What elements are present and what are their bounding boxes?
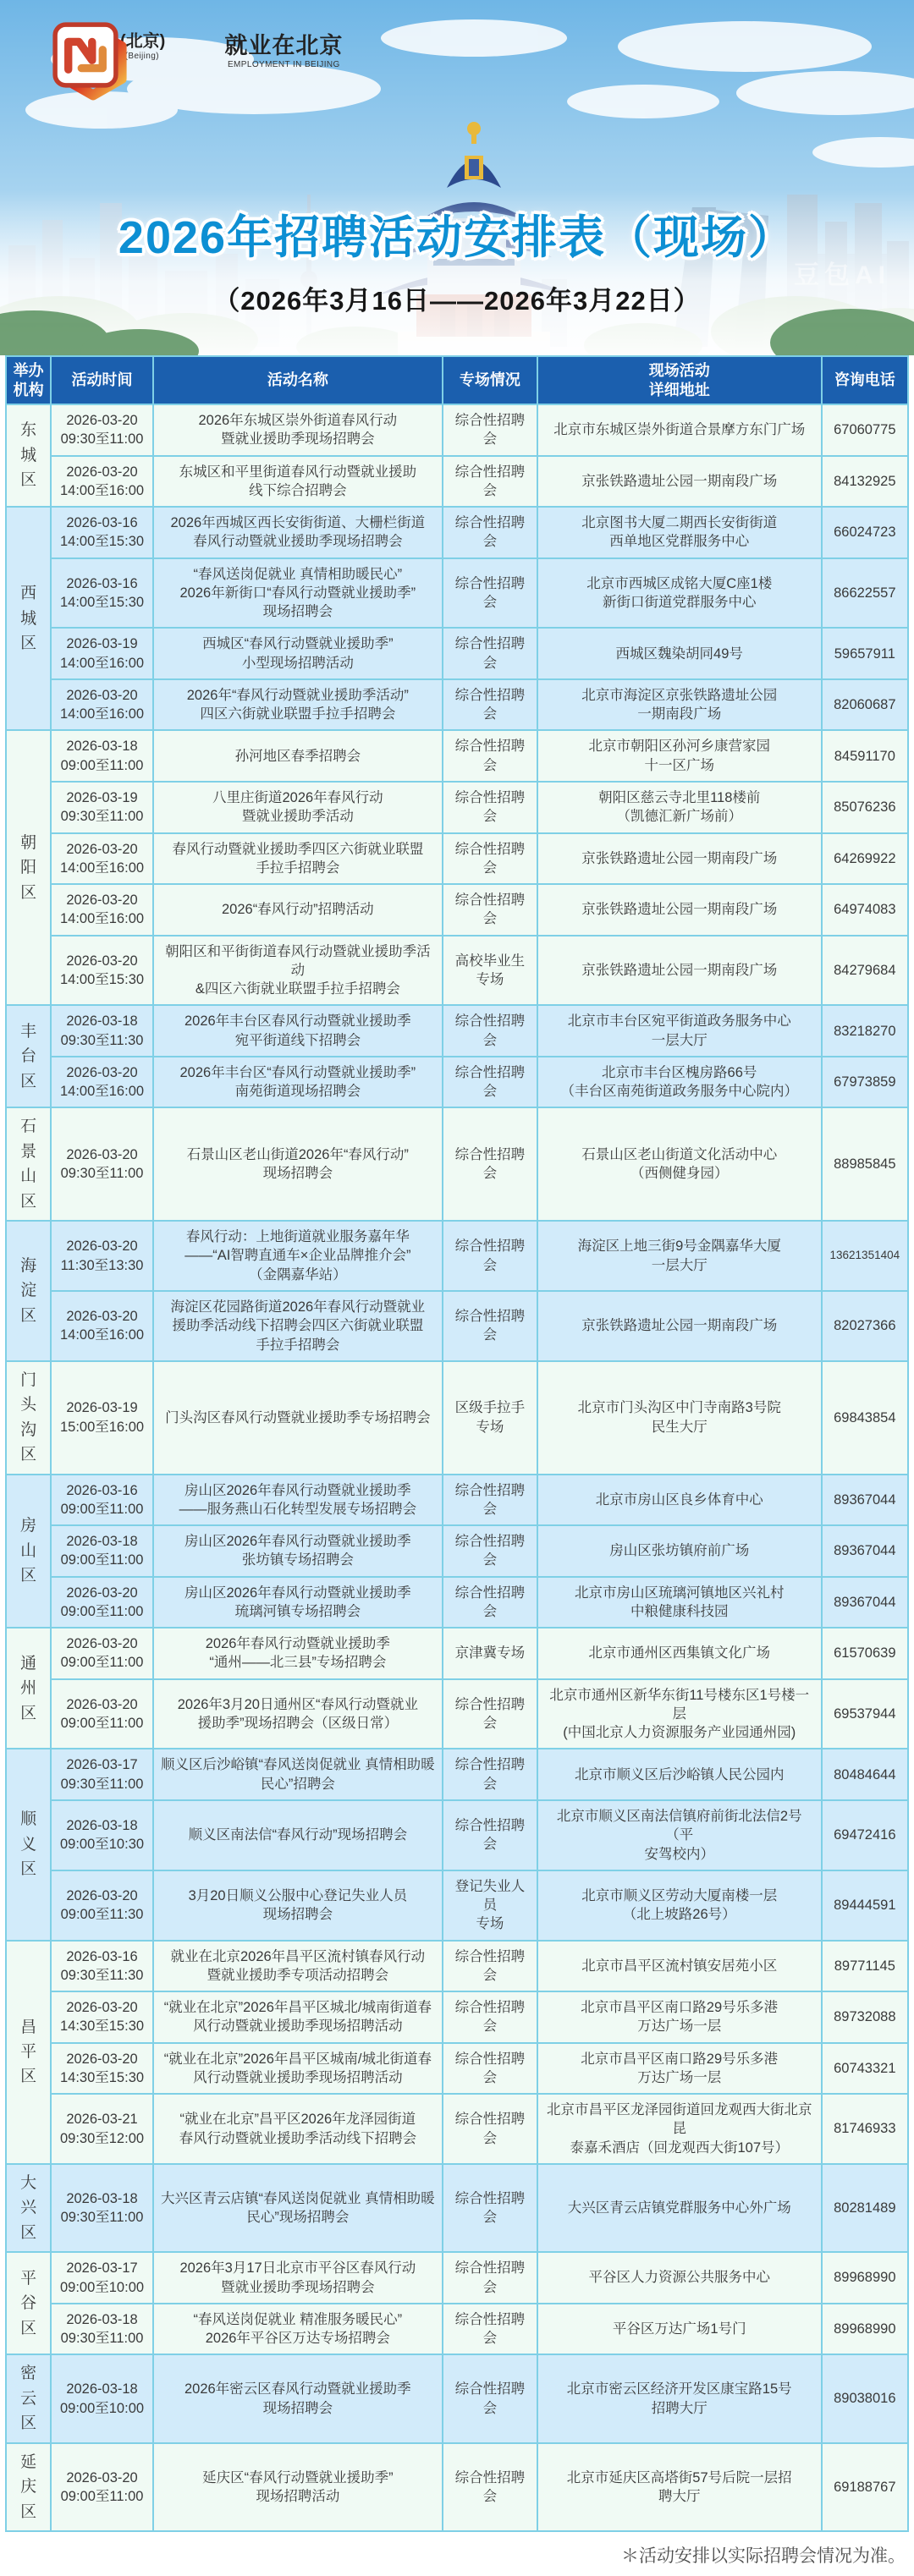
org-cell: 平谷区 <box>6 2252 51 2354</box>
cell-session-type: 综合性招聘会 <box>443 2354 537 2442</box>
table-row: 2026-03-20 14:30至15:30“就业在北京”2026年昌平区城北/… <box>6 1991 908 2043</box>
cell-session-type: 综合性招聘会 <box>443 884 537 936</box>
cell-activity-name: 2026年3月20日通州区“春风行动暨就业 援助季”现场招聘会（区级日常） <box>153 1679 443 1749</box>
cell-session-type: 综合性招聘会 <box>443 833 537 885</box>
cell-session-type: 综合性招聘会 <box>443 456 537 508</box>
table-row: 2026-03-19 09:30至11:00八里庄街道2026年春风行动 暨就业… <box>6 782 908 833</box>
cell-activity-name: 房山区2026年春风行动暨就业援助季 张坊镇专场招聘会 <box>153 1525 443 1577</box>
cell-activity-name: 房山区2026年春风行动暨就业援助季 ——服务燕山石化转型发展专场招聘会 <box>153 1475 443 1526</box>
org-label: 昌平区 <box>19 2015 38 2090</box>
table-header-row: 举办 机构活动时间活动名称专场情况现场活动 详细地址咨询电话 <box>6 356 908 404</box>
cell-phone: 88985845 <box>822 1107 908 1221</box>
cell-phone: 69472416 <box>822 1800 908 1870</box>
org-cell: 东城区 <box>6 404 51 507</box>
org-cell: 密云区 <box>6 2354 51 2442</box>
cell-phone: 61570639 <box>822 1628 908 1679</box>
cell-time: 2026-03-18 09:00至10:30 <box>51 1800 152 1870</box>
cell-phone: 13621351404 <box>822 1221 908 1291</box>
cell-address: 平谷区人力资源公共服务中心 <box>537 2252 822 2304</box>
org-cell: 海淀区 <box>6 1221 51 1361</box>
cell-address: 北京市门头沟区中门寺南路3号院 民生大厅 <box>537 1361 822 1475</box>
cell-time: 2026-03-20 14:00至16:00 <box>51 456 152 508</box>
cell-session-type: 综合性招聘会 <box>443 2164 537 2252</box>
org-label: 平谷区 <box>19 2266 38 2341</box>
cell-session-type: 京津冀专场 <box>443 1628 537 1679</box>
table-row: 海淀区2026-03-20 11:30至13:30春风行动：上地街道就业服务嘉年… <box>6 1221 908 1291</box>
cell-session-type: 综合性招聘会 <box>443 1800 537 1870</box>
cell-address: 房山区张坊镇府前广场 <box>537 1525 822 1577</box>
cell-time: 2026-03-20 14:00至16:00 <box>51 833 152 885</box>
cell-session-type: 综合性招聘会 <box>443 1057 537 1108</box>
org-label: 延庆区 <box>19 2450 38 2524</box>
table-row: 通州区2026-03-20 09:00至11:002026年春风行动暨就业援助季… <box>6 1628 908 1679</box>
cell-session-type: 综合性招聘会 <box>443 1291 537 1361</box>
org-cell: 通州区 <box>6 1628 51 1749</box>
cell-activity-name: “春风送岗促就业 真情相助暖民心” 2026年新街口“春风行动暨就业援助季” 现… <box>153 558 443 629</box>
cell-activity-name: 房山区2026年春风行动暨就业援助季 琉璃河镇专场招聘会 <box>153 1577 443 1629</box>
org-label: 石景山区 <box>19 1114 38 1214</box>
table-row: 2026-03-16 14:00至15:30“春风送岗促就业 真情相助暖民心” … <box>6 558 908 629</box>
org-cell: 朝阳区 <box>6 730 51 1005</box>
cell-time: 2026-03-20 09:00至11:00 <box>51 1679 152 1749</box>
cell-activity-name: 2026年丰台区春风行动暨就业援助季 宛平街道线下招聘会 <box>153 1005 443 1057</box>
table-row: 2026-03-20 14:00至16:002026年“春风行动暨就业援助季活动… <box>6 679 908 731</box>
schedule-table-wrap: 举办 机构活动时间活动名称专场情况现场活动 详细地址咨询电话 东城区2026-0… <box>0 355 914 2532</box>
cell-time: 2026-03-20 14:00至15:30 <box>51 936 152 1006</box>
cell-address: 朝阳区慈云寺北里118楼前 （凯德汇新广场前） <box>537 782 822 833</box>
cell-time: 2026-03-16 14:00至15:30 <box>51 507 152 558</box>
cell-phone: 67060775 <box>822 404 908 456</box>
table-row: 2026-03-20 14:00至15:30朝阳区和平街街道春风行动暨就业援助季… <box>6 936 908 1006</box>
cell-phone: 69188767 <box>822 2443 908 2531</box>
cell-activity-name: 西城区“春风行动暨就业援助季” 小型现场招聘活动 <box>153 628 443 679</box>
org-cell: 延庆区 <box>6 2443 51 2531</box>
table-row: 昌平区2026-03-16 09:30至11:30就业在北京2026年昌平区流村… <box>6 1941 908 1992</box>
org-cell: 昌平区 <box>6 1941 51 2164</box>
cell-session-type: 区级手拉手 专场 <box>443 1361 537 1475</box>
cell-activity-name: “就业在北京”2026年昌平区城北/城南街道春 风行动暨就业援助季现场招聘活动 <box>153 1991 443 2043</box>
cell-activity-name: 石景山区老山街道2026年“春风行动” 现场招聘会 <box>153 1107 443 1221</box>
cell-activity-name: 2026年西城区西长安街街道、大栅栏街道 春风行动暨就业援助季现场招聘会 <box>153 507 443 558</box>
cell-phone: 60743321 <box>822 2043 908 2095</box>
cell-time: 2026-03-20 14:00至16:00 <box>51 679 152 731</box>
column-header: 现场活动 详细地址 <box>537 356 822 404</box>
cell-activity-name: 2026年东城区崇外街道春风行动 暨就业援助季现场招聘会 <box>153 404 443 456</box>
employment-beijing-logo: 就业在北京 EMPLOYMENT IN BEIJING <box>224 22 343 69</box>
cell-time: 2026-03-20 09:00至11:00 <box>51 1628 152 1679</box>
cell-time: 2026-03-21 09:30至12:00 <box>51 2094 152 2164</box>
org-cell: 房山区 <box>6 1475 51 1629</box>
org-cell: 门头沟区 <box>6 1361 51 1475</box>
cell-phone: 89732088 <box>822 1991 908 2043</box>
cell-address: 北京市延庆区高塔街57号后院一层招 聘大厅 <box>537 2443 822 2531</box>
cell-phone: 89367044 <box>822 1475 908 1526</box>
cell-phone: 84132925 <box>822 456 908 508</box>
cell-address: 北京市房山区琉璃河镇地区兴礼村 中粮健康科技园 <box>537 1577 822 1629</box>
cell-session-type: 综合性招聘会 <box>443 2094 537 2164</box>
cell-session-type: 综合性招聘会 <box>443 404 537 456</box>
cell-phone: 82027366 <box>822 1291 908 1361</box>
cell-time: 2026-03-18 09:30至11:00 <box>51 2304 152 2355</box>
cell-phone: 84591170 <box>822 730 908 782</box>
cell-activity-name: 2026年密云区春风行动暨就业援助季 现场招聘会 <box>153 2354 443 2442</box>
table-row: 朝阳区2026-03-18 09:00至11:00孙河地区春季招聘会综合性招聘会… <box>6 730 908 782</box>
cell-session-type: 综合性招聘会 <box>443 1475 537 1526</box>
table-row: 延庆区2026-03-20 09:00至11:00延庆区“春风行动暨就业援助季”… <box>6 2443 908 2531</box>
cell-time: 2026-03-18 09:00至11:00 <box>51 730 152 782</box>
cell-phone: 80281489 <box>822 2164 908 2252</box>
cell-phone: 67973859 <box>822 1057 908 1108</box>
table-row: 2026-03-19 14:00至16:00西城区“春风行动暨就业援助季” 小型… <box>6 628 908 679</box>
table-row: 平谷区2026-03-17 09:00至10:002026年3月17日北京市平谷… <box>6 2252 908 2304</box>
cell-address: 北京市昌平区南口路29号乐多港 万达广场一层 <box>537 1991 822 2043</box>
cell-activity-name: 八里庄街道2026年春风行动 暨就业援助季活动 <box>153 782 443 833</box>
cell-time: 2026-03-16 14:00至15:30 <box>51 558 152 629</box>
org-label: 海淀区 <box>19 1254 38 1328</box>
cell-time: 2026-03-16 09:00至11:00 <box>51 1475 152 1526</box>
cell-phone: 69843854 <box>822 1361 908 1475</box>
cell-phone: 89038016 <box>822 2354 908 2442</box>
page-title: 2026年招聘活动安排表（现场） <box>0 201 914 266</box>
cell-phone: 69537944 <box>822 1679 908 1749</box>
table-row: 2026-03-20 09:00至11:00房山区2026年春风行动暨就业援助季… <box>6 1577 908 1629</box>
logo2-subtitle: EMPLOYMENT IN BEIJING <box>228 60 340 69</box>
column-header: 咨询电话 <box>822 356 908 404</box>
cell-address: 北京市东城区崇外街道合景摩方东门广场 <box>537 404 822 456</box>
cell-time: 2026-03-20 14:00至16:00 <box>51 884 152 936</box>
cell-activity-name: 3月20日顺义公服中心登记失业人员 现场招聘会 <box>153 1870 443 1941</box>
org-cell: 丰台区 <box>6 1005 51 1107</box>
cell-time: 2026-03-18 09:00至10:00 <box>51 2354 152 2442</box>
cell-activity-name: 顺义区南法信“春风行动”现场招聘会 <box>153 1800 443 1870</box>
column-header: 活动名称 <box>153 356 443 404</box>
cell-phone: 89444591 <box>822 1870 908 1941</box>
cell-activity-name: 2026年“春风行动暨就业援助季活动” 四区六街就业联盟手拉手招聘会 <box>153 679 443 731</box>
cell-session-type: 综合性招聘会 <box>443 2252 537 2304</box>
cell-activity-name: 顺义区后沙峪镇“春风送岗促就业 真情相助暖 民心”招聘会 <box>153 1749 443 1800</box>
cell-activity-name: 2026年3月17日北京市平谷区春风行动 暨就业援助季现场招聘会 <box>153 2252 443 2304</box>
header-logos: 区域中心(北京) Regional Center(Beijing) 就业在北京 … <box>52 22 343 69</box>
table-row: 2026-03-18 09:00至11:00房山区2026年春风行动暨就业援助季… <box>6 1525 908 1577</box>
org-label: 密云区 <box>19 2361 38 2436</box>
cell-phone: 89771145 <box>822 1941 908 1992</box>
cell-address: 平谷区万达广场1号门 <box>537 2304 822 2355</box>
table-row: 2026-03-20 14:00至16:00春风行动暨就业援助季四区六街就业联盟… <box>6 833 908 885</box>
cell-address: 北京市海淀区京张铁路遗址公园 一期南段广场 <box>537 679 822 731</box>
cell-activity-name: 2026年春风行动暨就业援助季 “通州——北三县”专场招聘会 <box>153 1628 443 1679</box>
cell-phone: 64269922 <box>822 833 908 885</box>
cell-time: 2026-03-20 09:30至11:00 <box>51 404 152 456</box>
table-row: 房山区2026-03-16 09:00至11:00房山区2026年春风行动暨就业… <box>6 1475 908 1526</box>
table-row: 2026-03-20 14:00至16:002026年丰台区“春风行动暨就业援助… <box>6 1057 908 1108</box>
cell-activity-name: 朝阳区和平街街道春风行动暨就业援助季活动 &四区六街就业联盟手拉手招聘会 <box>153 936 443 1006</box>
cell-time: 2026-03-19 15:00至16:00 <box>51 1361 152 1475</box>
cell-time: 2026-03-20 09:30至11:00 <box>51 1107 152 1221</box>
cell-time: 2026-03-20 09:00至11:30 <box>51 1870 152 1941</box>
cell-address: 北京市丰台区槐房路66号 （丰台区南苑街道政务服务中心院内） <box>537 1057 822 1108</box>
cell-time: 2026-03-20 14:30至15:30 <box>51 2043 152 2095</box>
org-label: 丰台区 <box>19 1019 38 1094</box>
cell-time: 2026-03-18 09:30至11:30 <box>51 1005 152 1057</box>
cell-address: 京张铁路遗址公园一期南段广场 <box>537 936 822 1006</box>
poster-page: 区域中心(北京) Regional Center(Beijing) 就业在北京 … <box>0 0 914 2576</box>
cell-address: 京张铁路遗址公园一期南段广场 <box>537 1291 822 1361</box>
cell-session-type: 综合性招聘会 <box>443 2043 537 2095</box>
cell-session-type: 综合性招聘会 <box>443 730 537 782</box>
cell-phone: 64974083 <box>822 884 908 936</box>
column-header: 活动时间 <box>51 356 152 404</box>
cell-activity-name: 孙河地区春季招聘会 <box>153 730 443 782</box>
cell-phone: 89367044 <box>822 1525 908 1577</box>
table-row: 丰台区2026-03-18 09:30至11:302026年丰台区春风行动暨就业… <box>6 1005 908 1057</box>
cell-session-type: 综合性招聘会 <box>443 558 537 629</box>
table-row: 大兴区2026-03-18 09:30至11:00大兴区青云店镇“春风送岗促就业… <box>6 2164 908 2252</box>
cell-time: 2026-03-19 14:00至16:00 <box>51 628 152 679</box>
table-row: 2026-03-20 09:00至11:303月20日顺义公服中心登记失业人员 … <box>6 1870 908 1941</box>
table-header: 举办 机构活动时间活动名称专场情况现场活动 详细地址咨询电话 <box>6 356 908 404</box>
cell-session-type: 综合性招聘会 <box>443 1005 537 1057</box>
cell-time: 2026-03-18 09:30至11:00 <box>51 2164 152 2252</box>
cell-session-type: 综合性招聘会 <box>443 628 537 679</box>
cell-phone: 81746933 <box>822 2094 908 2164</box>
cell-activity-name: 门头沟区春风行动暨就业援助季专场招聘会 <box>153 1361 443 1475</box>
cell-address: 西城区魏染胡同49号 <box>537 628 822 679</box>
cell-address: 北京市朝阳区孙河乡康营家园 十一区广场 <box>537 730 822 782</box>
cell-activity-name: “春风送岗促就业 精准服务暖民心” 2026年平谷区万达专场招聘会 <box>153 2304 443 2355</box>
cell-phone: 66024723 <box>822 507 908 558</box>
cell-activity-name: 2026年丰台区“春风行动暨就业援助季” 南苑街道现场招聘会 <box>153 1057 443 1108</box>
cell-activity-name: “就业在北京”2026年昌平区城南/城北街道春 风行动暨就业援助季现场招聘活动 <box>153 2043 443 2095</box>
cell-time: 2026-03-19 09:30至11:00 <box>51 782 152 833</box>
cell-address: 北京市顺义区南法信镇府前街北法信2号（平 安驾校内） <box>537 1800 822 1870</box>
cell-time: 2026-03-20 09:00至11:00 <box>51 2443 152 2531</box>
cell-session-type: 综合性招聘会 <box>443 1941 537 1992</box>
cell-address: 石景山区老山街道文化活动中心 （西侧健身园） <box>537 1107 822 1221</box>
org-label: 东城区 <box>19 418 38 492</box>
table-row: 2026-03-20 14:00至16:00海淀区花园路街道2026年春风行动暨… <box>6 1291 908 1361</box>
cell-activity-name: “就业在北京”昌平区2026年龙泽园街道 春风行动暨就业援助季活动线下招聘会 <box>153 2094 443 2164</box>
table-row: 密云区2026-03-18 09:00至10:002026年密云区春风行动暨就业… <box>6 2354 908 2442</box>
org-cell: 顺义区 <box>6 1749 51 1940</box>
table-row: 2026-03-20 14:00至16:002026“春风行动”招聘活动综合性招… <box>6 884 908 936</box>
cell-time: 2026-03-16 09:30至11:30 <box>51 1941 152 1992</box>
cell-activity-name: 2026“春风行动”招聘活动 <box>153 884 443 936</box>
column-header: 专场情况 <box>443 356 537 404</box>
cell-address: 大兴区青云店镇党群服务中心外广场 <box>537 2164 822 2252</box>
cell-time: 2026-03-17 09:30至11:00 <box>51 1749 152 1800</box>
cell-activity-name: 东城区和平里街道春风行动暨就业援助 线下综合招聘会 <box>153 456 443 508</box>
cell-session-type: 综合性招聘会 <box>443 507 537 558</box>
cell-session-type: 综合性招聘会 <box>443 1221 537 1291</box>
cell-session-type: 综合性招聘会 <box>443 1525 537 1577</box>
cell-address: 北京市丰台区宛平街道政务服务中心 一层大厅 <box>537 1005 822 1057</box>
cell-session-type: 综合性招聘会 <box>443 782 537 833</box>
table-row: 2026-03-18 09:00至10:30顺义区南法信“春风行动”现场招聘会综… <box>6 1800 908 1870</box>
org-cell: 石景山区 <box>6 1107 51 1221</box>
date-range-subtitle: （2026年3月16日——2026年3月22日） <box>0 279 914 317</box>
cell-phone: 59657911 <box>822 628 908 679</box>
org-label: 大兴区 <box>19 2171 38 2245</box>
table-row: 2026-03-18 09:30至11:00“春风送岗促就业 精准服务暖民心” … <box>6 2304 908 2355</box>
cell-address: 北京市西城区成铭大厦C座1楼 新街口街道党群服务中心 <box>537 558 822 629</box>
cell-session-type: 登记失业人员 专场 <box>443 1870 537 1941</box>
cell-phone: 89367044 <box>822 1577 908 1629</box>
cell-address: 北京市房山区良乡体育中心 <box>537 1475 822 1526</box>
cell-address: 北京市通州区新华东街11号楼东区1号楼一层 (中国北京人力资源服务产业园通州园) <box>537 1679 822 1749</box>
cell-session-type: 综合性招聘会 <box>443 2304 537 2355</box>
org-cell: 西城区 <box>6 507 51 730</box>
table-row: 东城区2026-03-20 09:30至11:002026年东城区崇外街道春风行… <box>6 404 908 456</box>
table-row: 2026-03-20 14:30至15:30“就业在北京”2026年昌平区城南/… <box>6 2043 908 2095</box>
cell-address: 京张铁路遗址公园一期南段广场 <box>537 884 822 936</box>
column-header: 举办 机构 <box>6 356 51 404</box>
cell-phone: 80484644 <box>822 1749 908 1800</box>
cell-address: 北京市密云区经济开发区康宝路15号 招聘大厅 <box>537 2354 822 2442</box>
cell-address: 北京市顺义区劳动大厦南楼一层 （北上坡路26号） <box>537 1870 822 1941</box>
table-row: 2026-03-20 09:00至11:002026年3月20日通州区“春风行动… <box>6 1679 908 1749</box>
cell-time: 2026-03-20 09:00至11:00 <box>51 1577 152 1629</box>
table-row: 西城区2026-03-16 14:00至15:302026年西城区西长安街街道、… <box>6 507 908 558</box>
cell-session-type: 综合性招聘会 <box>443 1577 537 1629</box>
cell-session-type: 综合性招聘会 <box>443 1107 537 1221</box>
cell-phone: 89968990 <box>822 2252 908 2304</box>
cell-time: 2026-03-20 11:30至13:30 <box>51 1221 152 1291</box>
banner-illustration: 区域中心(北京) Regional Center(Beijing) 就业在北京 … <box>0 0 914 355</box>
footer-note: ＊活动安排以实际招聘会情况为准。 <box>0 2532 914 2576</box>
org-label: 顺义区 <box>19 1807 38 1881</box>
org-label: 西城区 <box>19 581 38 656</box>
cell-activity-name: 就业在北京2026年昌平区流村镇春风行动 暨就业援助季专项活动招聘会 <box>153 1941 443 1992</box>
cell-time: 2026-03-20 14:30至15:30 <box>51 1991 152 2043</box>
cell-address: 北京市昌平区流村镇安居苑小区 <box>537 1941 822 1992</box>
cell-phone: 83218270 <box>822 1005 908 1057</box>
cell-activity-name: 延庆区“春风行动暨就业援助季” 现场招聘活动 <box>153 2443 443 2531</box>
cell-address: 北京市昌平区南口路29号乐多港 万达广场一层 <box>537 2043 822 2095</box>
org-cell: 大兴区 <box>6 2164 51 2252</box>
cell-session-type: 综合性招聘会 <box>443 1991 537 2043</box>
logo2-title: 就业在北京 <box>224 27 343 60</box>
cell-activity-name: 海淀区花园路街道2026年春风行动暨就业 援助季活动线下招聘会四区六街就业联盟 … <box>153 1291 443 1361</box>
cell-address: 北京市通州区西集镇文化广场 <box>537 1628 822 1679</box>
cell-address: 北京市昌平区龙泽园街道回龙观西大街北京昆 泰嘉禾酒店（回龙观西大街107号） <box>537 2094 822 2164</box>
cell-address: 海淀区上地三街9号金隅嘉华大厦 一层大厅 <box>537 1221 822 1291</box>
org-label: 房山区 <box>19 1513 38 1588</box>
cell-time: 2026-03-17 09:00至10:00 <box>51 2252 152 2304</box>
cell-session-type: 高校毕业生 专场 <box>443 936 537 1006</box>
table-row: 2026-03-21 09:30至12:00“就业在北京”昌平区2026年龙泽园… <box>6 2094 908 2164</box>
cell-phone: 82060687 <box>822 679 908 731</box>
cell-time: 2026-03-20 14:00至16:00 <box>51 1291 152 1361</box>
cell-phone: 89968990 <box>822 2304 908 2355</box>
table-row: 门头沟区2026-03-19 15:00至16:00门头沟区春风行动暨就业援助季… <box>6 1361 908 1475</box>
table-row: 2026-03-20 14:00至16:00东城区和平里街道春风行动暨就业援助 … <box>6 456 908 508</box>
cell-phone: 84279684 <box>822 936 908 1006</box>
cell-phone: 86622557 <box>822 558 908 629</box>
cell-activity-name: 春风行动暨就业援助季四区六街就业联盟 手拉手招聘会 <box>153 833 443 885</box>
cell-address: 京张铁路遗址公园一期南段广场 <box>537 456 822 508</box>
cell-time: 2026-03-18 09:00至11:00 <box>51 1525 152 1577</box>
table-row: 石景山区2026-03-20 09:30至11:00石景山区老山街道2026年“… <box>6 1107 908 1221</box>
org-label: 通州区 <box>19 1651 38 1726</box>
cell-activity-name: 大兴区青云店镇“春风送岗促就业 真情相助暖 民心”现场招聘会 <box>153 2164 443 2252</box>
cell-time: 2026-03-20 14:00至16:00 <box>51 1057 152 1108</box>
cell-session-type: 综合性招聘会 <box>443 2443 537 2531</box>
cell-address: 京张铁路遗址公园一期南段广场 <box>537 833 822 885</box>
cell-session-type: 综合性招聘会 <box>443 1679 537 1749</box>
cell-address: 北京图书大厦二期西长安街街道 西单地区党群服务中心 <box>537 507 822 558</box>
employment-emblem-icon <box>52 22 118 88</box>
cell-address: 北京市顺义区后沙峪镇人民公园内 <box>537 1749 822 1800</box>
cell-session-type: 综合性招聘会 <box>443 679 537 731</box>
cell-activity-name: 春风行动：上地街道就业服务嘉年华 ——“AI智聘直通车×企业品牌推介会” （金隅… <box>153 1221 443 1291</box>
org-label: 朝阳区 <box>19 831 38 905</box>
schedule-table: 举办 机构活动时间活动名称专场情况现场活动 详细地址咨询电话 东城区2026-0… <box>5 355 909 2532</box>
cell-session-type: 综合性招聘会 <box>443 1749 537 1800</box>
table-row: 顺义区2026-03-17 09:30至11:00顺义区后沙峪镇“春风送岗促就业… <box>6 1749 908 1800</box>
org-label: 门头沟区 <box>19 1368 38 1468</box>
cell-phone: 85076236 <box>822 782 908 833</box>
